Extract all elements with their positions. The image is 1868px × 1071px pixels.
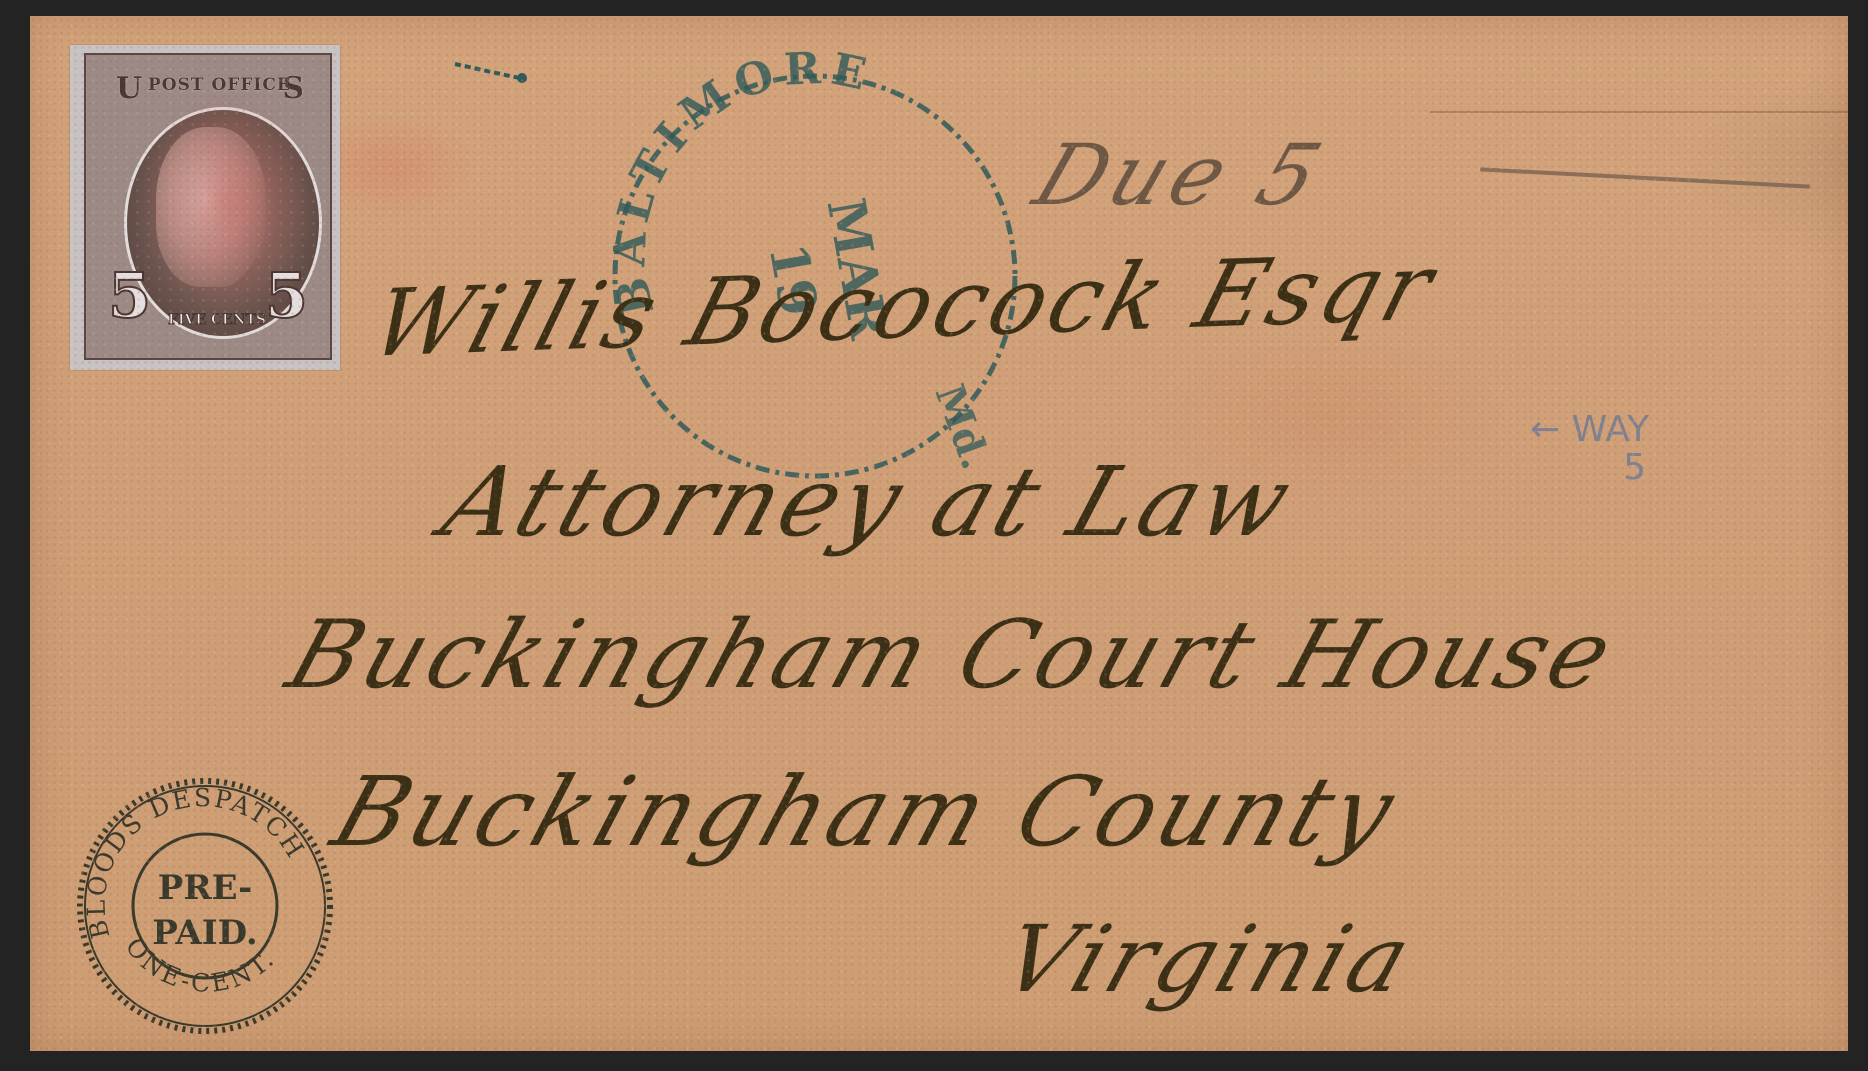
address-line-place: Buckingham Court House — [275, 601, 1629, 710]
stamp-denomination-right: 5 — [265, 259, 308, 332]
stamp-post-office: POST OFFICE — [148, 75, 291, 95]
stamp-denomination-left: 5 — [108, 259, 151, 332]
blue-ink-mark — [450, 56, 540, 86]
address-line-county: Buckingham County — [320, 756, 1411, 868]
bloods-despatch-handstamp: BLOODS DESPATCH ONE-CENT. PRE- PAID. — [65, 766, 345, 1046]
postage-stamp: U S POST OFFICE 5 5 FIVE CENTS — [70, 45, 340, 370]
pencil-way-amount: 5 — [1530, 449, 1649, 487]
pencil-way-text: WAY — [1572, 409, 1649, 450]
address-line-name: Willis Bococock Esqr — [360, 233, 1448, 378]
stamp-five-cents: FIVE CENTS — [168, 312, 266, 328]
svg-text:PAID.: PAID. — [152, 913, 258, 953]
svg-text:PRE-: PRE- — [158, 868, 252, 908]
pencil-way-note: ← WAY 5 — [1530, 411, 1649, 487]
address-line-state: Virginia — [990, 906, 1427, 1013]
stamp-u: U — [116, 71, 142, 106]
envelope-fold-line — [1430, 111, 1848, 113]
envelope: U S POST OFFICE 5 5 FIVE CENTS BALTIMORE… — [30, 16, 1848, 1051]
address-line-title: Attorney at Law — [430, 446, 1308, 558]
docket-underline — [1480, 167, 1810, 188]
stamp-frame: U S POST OFFICE 5 5 FIVE CENTS — [84, 53, 332, 360]
docket-notation: Due 5 — [1022, 126, 1339, 224]
arrow-left-icon: ← — [1530, 409, 1560, 450]
